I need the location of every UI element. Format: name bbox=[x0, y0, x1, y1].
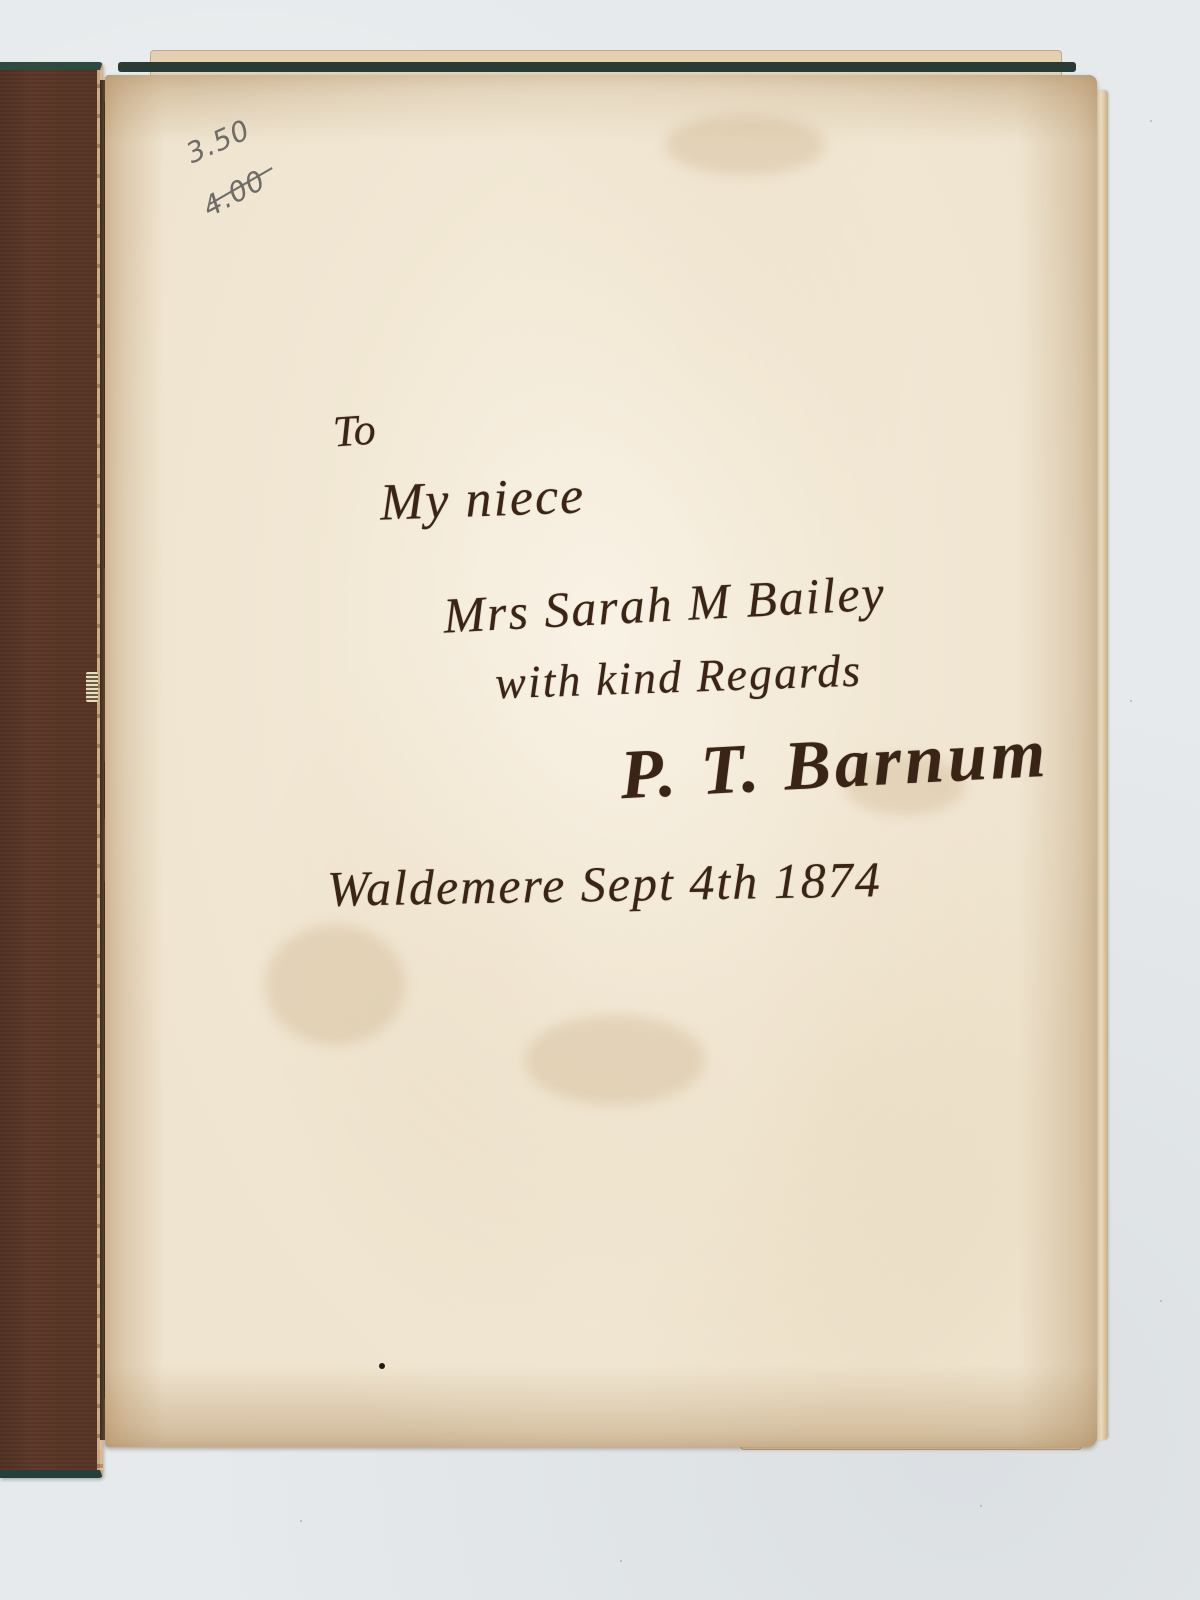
front-cover-board bbox=[0, 62, 103, 1478]
pencil-price-current: 3.50 bbox=[181, 113, 255, 170]
foxing-stain bbox=[665, 115, 825, 175]
background-speck bbox=[980, 1505, 982, 1507]
inscription-line-recipient-name: Mrs Sarah M Bailey bbox=[442, 563, 887, 644]
background-speck bbox=[1130, 700, 1132, 702]
background-speck bbox=[620, 1560, 622, 1562]
inscription-line-recipient-relation: My niece bbox=[379, 466, 586, 532]
background-speck bbox=[1160, 1300, 1162, 1302]
binding-stitches bbox=[86, 672, 98, 702]
background-speck bbox=[1150, 120, 1152, 122]
foxing-stain bbox=[265, 925, 405, 1045]
background-speck bbox=[300, 1520, 302, 1522]
flyleaf-page: 3.50 4.00 To My niece Mrs Sarah M Bailey… bbox=[105, 75, 1097, 1447]
ink-spot bbox=[379, 1363, 385, 1369]
signature: P. T. Barnum bbox=[618, 714, 1051, 816]
inscription-line-regards: with kind Regards bbox=[494, 644, 863, 710]
inscription-line-to: To bbox=[331, 404, 377, 458]
back-cover-top-edge bbox=[118, 62, 1076, 72]
foxing-stain bbox=[525, 1015, 705, 1105]
inscription-place-date: Waldemere Sept 4th 1874 bbox=[327, 850, 883, 918]
